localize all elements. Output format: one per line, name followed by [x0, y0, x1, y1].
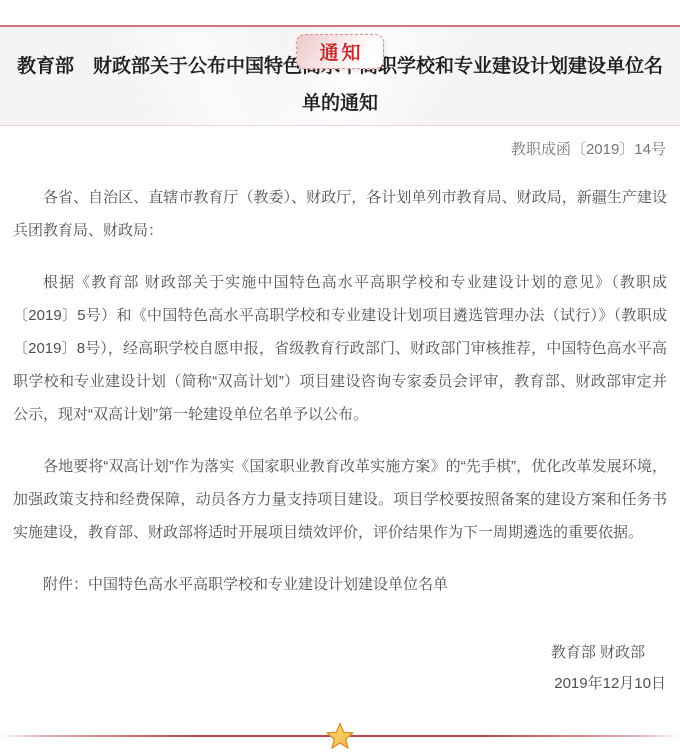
issue-date: 2019年12月10日 — [0, 669, 680, 699]
document-number: 教职成函〔2019〕14号 — [0, 126, 680, 160]
notice-body: 各省、自治区、直辖市教育厅（教委）、财政厅，各计划单列市教育局、财政局，新疆生产… — [0, 160, 680, 601]
notice-badge: 通知 — [296, 34, 384, 69]
star-icon — [326, 722, 354, 750]
notice-document: 通知 教育部 财政部关于公布中国特色高水平高职学校和专业建设计划建设单位名单的通… — [0, 0, 680, 754]
footer-divider — [0, 722, 680, 752]
notice-badge-label: 通知 — [319, 38, 363, 65]
notice-header: 通知 教育部 财政部关于公布中国特色高水平高职学校和专业建设计划建设单位名单的通… — [0, 25, 680, 126]
issuer-names: 教育部 财政部 — [0, 638, 680, 668]
signature-block: 教育部 财政部 2019年12月10日 — [0, 638, 680, 699]
body-paragraph-1: 根据《教育部 财政部关于实施中国特色高水平高职学校和专业建设计划的意见》（教职成… — [13, 266, 667, 431]
attachment-line: 附件：中国特色高水平高职学校和专业建设计划建设单位名单 — [13, 568, 667, 601]
recipients-paragraph: 各省、自治区、直辖市教育厅（教委）、财政厅，各计划单列市教育局、财政局，新疆生产… — [13, 181, 667, 247]
body-paragraph-2: 各地要将“双高计划”作为落实《国家职业教育改革实施方案》的“先手棋”，优化改革发… — [13, 450, 667, 549]
